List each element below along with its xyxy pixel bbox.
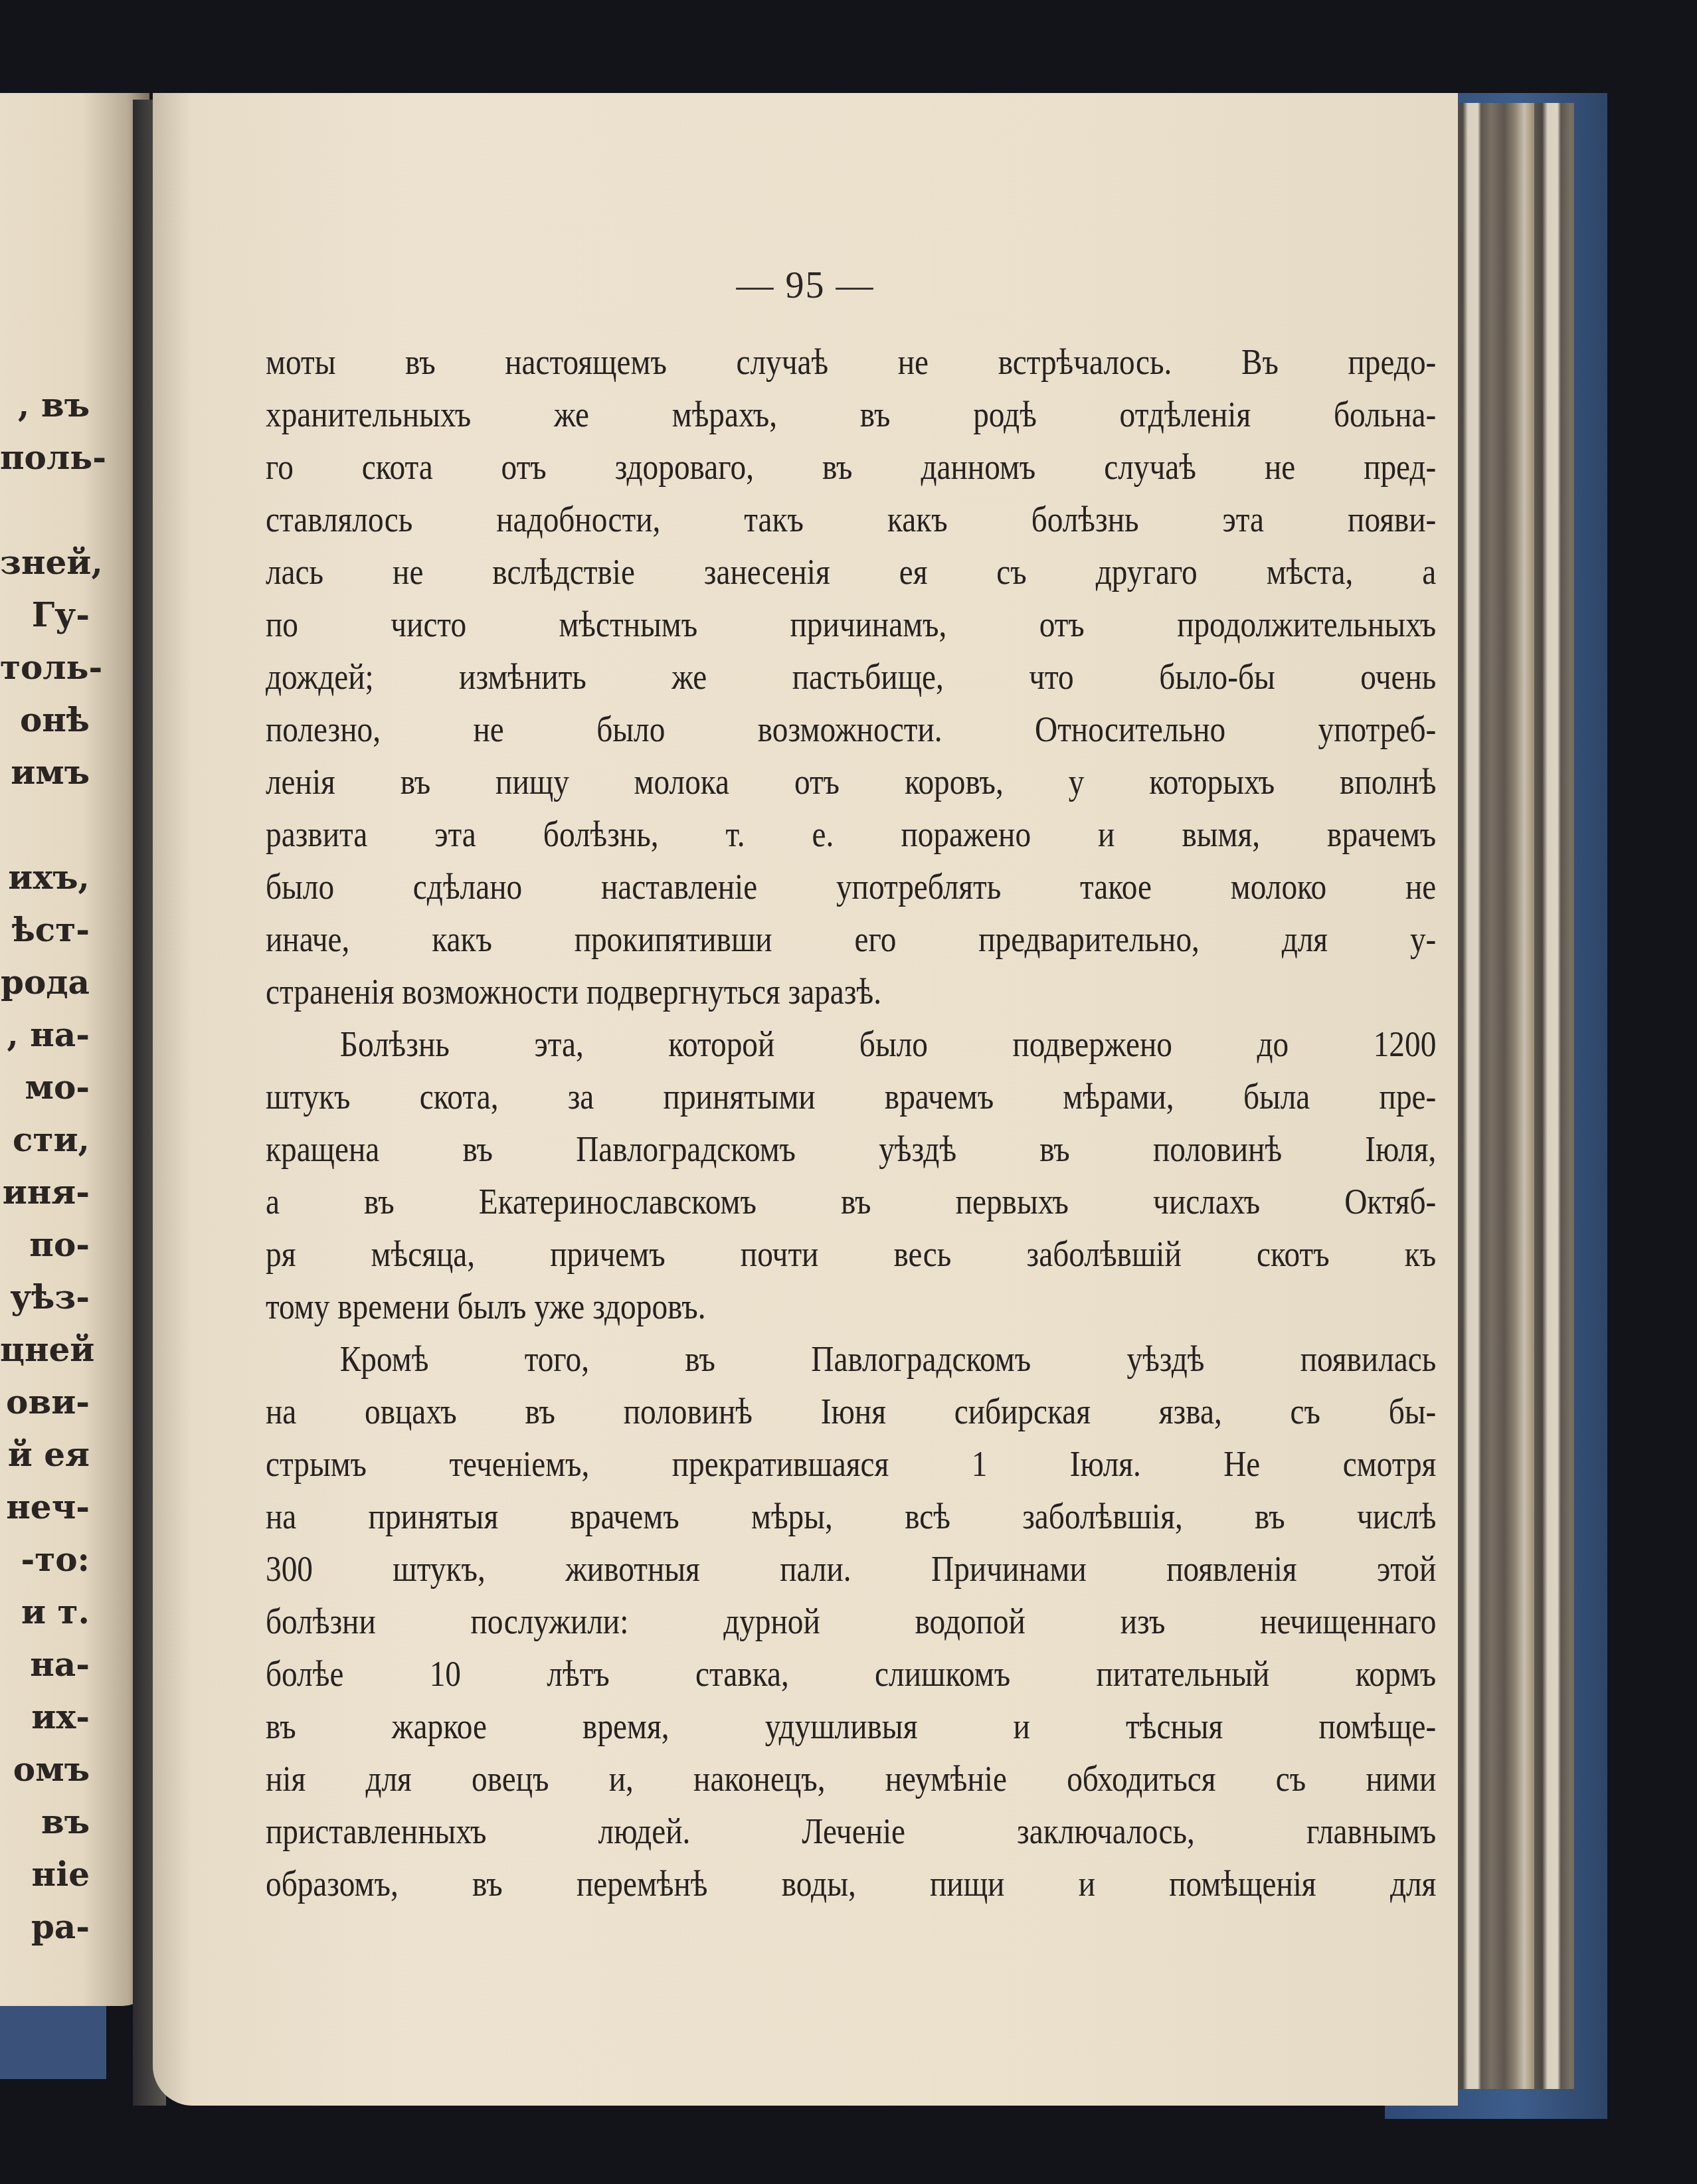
left-page-line: иня- (0, 1166, 90, 1218)
left-page-line: ихъ, (0, 851, 90, 903)
text-line: было сдѣлано наставленіе употреблять так… (266, 860, 1436, 913)
text-line: штукъ скота, за принятыми врачемъ мѣрами… (266, 1070, 1436, 1123)
text-line: го скота отъ здороваго, въ данномъ случа… (266, 440, 1436, 493)
left-page-line: на- (0, 1638, 90, 1690)
text-line: лась не вслѣдствіе занесенія ея съ друга… (266, 545, 1436, 598)
left-page-line (0, 798, 90, 851)
left-page-line: Гу- (0, 589, 90, 641)
right-page: — 95 — моты въ настоящемъ случаѣ не встр… (153, 93, 1458, 2106)
text-line: на овцахъ въ половинѣ Іюня сибирская язв… (266, 1385, 1436, 1437)
text-line: на принятыя врачемъ мѣры, всѣ заболѣвшія… (266, 1490, 1436, 1542)
left-page: , въполь-зней,Гу-толь-онѣимъихъ,ѣст-рода… (0, 93, 149, 2006)
text-line: тому времени былъ уже здоровъ. (266, 1280, 1436, 1332)
text-line: развита эта болѣзнь, т. е. поражено и вы… (266, 808, 1436, 860)
left-page-line: неч- (0, 1481, 90, 1533)
text-line: хранительныхъ же мѣрахъ, въ родѣ отдѣлен… (266, 388, 1436, 440)
text-line: Кромѣ того, въ Павлоградскомъ уѣздѣ появ… (266, 1332, 1436, 1385)
left-page-line: ови- (0, 1376, 90, 1428)
left-page-line: въ (0, 1795, 90, 1848)
left-page-line: толь- (0, 641, 90, 693)
left-page-line: уѣз- (0, 1271, 90, 1323)
text-line: 300 штукъ, животныя пали. Причинами появ… (266, 1542, 1436, 1595)
left-page-line: ѣст- (0, 903, 90, 956)
text-line: а въ Екатеринославскомъ въ первыхъ числа… (266, 1175, 1436, 1228)
text-line: дождей; измѣнить же пастьбище, что было-… (266, 650, 1436, 703)
text-line: нія для овецъ и, наконецъ, неумѣніе обхо… (266, 1752, 1436, 1805)
left-page-text: , въполь-зней,Гу-толь-онѣимъихъ,ѣст-рода… (0, 379, 90, 1953)
text-line: образомъ, въ перемѣнѣ воды, пищи и помѣщ… (266, 1857, 1436, 1910)
page-number: — 95 — (153, 264, 1458, 307)
left-page-line: рода (0, 956, 90, 1008)
page-edges (1455, 103, 1574, 2089)
left-page-line: цней (0, 1323, 90, 1376)
text-line: полезно, не было возможности. Относитель… (266, 703, 1436, 755)
left-page-line: их- (0, 1690, 90, 1743)
text-line: по чисто мѣстнымъ причинамъ, отъ продолж… (266, 598, 1436, 650)
left-page-line: й ея (0, 1428, 90, 1481)
body-text: моты въ настоящемъ случаѣ не встрѣчалось… (266, 335, 1436, 1910)
text-line: ленія въ пищу молока отъ коровъ, у котор… (266, 755, 1436, 808)
left-page-line: , въ (0, 379, 90, 431)
text-line: ставлялось надобности, такъ какъ болѣзнь… (266, 493, 1436, 545)
left-page-line: имъ (0, 746, 90, 798)
left-page-line: и т. (0, 1586, 90, 1638)
text-line: болѣзни послужили: дурной водопой изъ не… (266, 1595, 1436, 1647)
left-page-line: поль- (0, 431, 90, 484)
left-page-line (0, 484, 90, 536)
text-line: иначе, какъ прокипятивши его предварител… (266, 913, 1436, 965)
text-line: Болѣзнь эта, которой было подвержено до … (266, 1018, 1436, 1070)
left-page-line: сти, (0, 1113, 90, 1166)
left-page-line: онѣ (0, 693, 90, 746)
left-page-line: ніе (0, 1848, 90, 1900)
left-page-line: омъ (0, 1743, 90, 1795)
left-page-line: зней, (0, 536, 90, 589)
text-line: болѣе 10 лѣтъ ставка, слишкомъ питательн… (266, 1647, 1436, 1700)
text-line: приставленныхъ людей. Леченіе заключалос… (266, 1805, 1436, 1857)
text-line: кращена въ Павлоградскомъ уѣздѣ въ полов… (266, 1123, 1436, 1175)
left-page-line: , на- (0, 1008, 90, 1061)
left-page-line: по- (0, 1218, 90, 1271)
left-page-line: мо- (0, 1061, 90, 1113)
left-page-line: ра- (0, 1900, 90, 1953)
book-scan: , въполь-зней,Гу-толь-онѣимъихъ,ѣст-рода… (0, 0, 1697, 2184)
text-line: ря мѣсяца, причемъ почти весь заболѣвшій… (266, 1228, 1436, 1280)
text-line: стрымъ теченіемъ, прекратившаяся 1 Іюля.… (266, 1437, 1436, 1490)
text-line: моты въ настоящемъ случаѣ не встрѣчалось… (266, 335, 1436, 388)
left-page-line: -то: (0, 1533, 90, 1586)
text-line: въ жаркое время, удушливыя и тѣсныя помѣ… (266, 1700, 1436, 1752)
text-line: страненія возможности подвергнуться зара… (266, 965, 1436, 1018)
